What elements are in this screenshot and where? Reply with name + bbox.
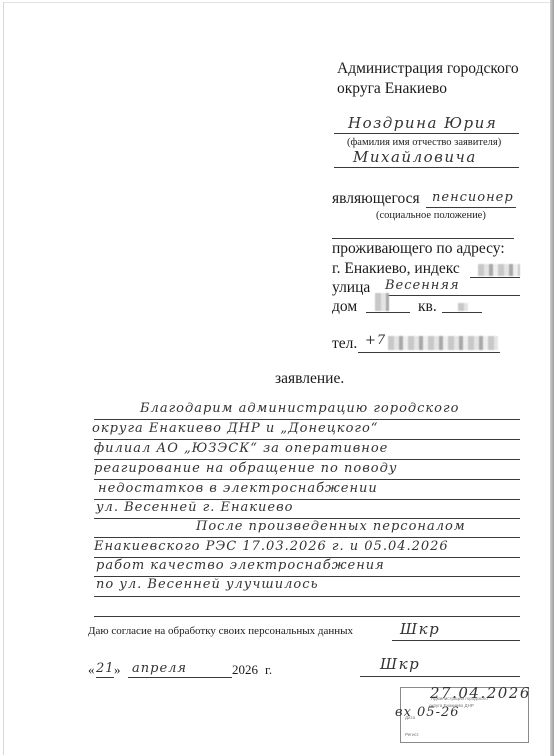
applicant-name-handwritten: Ноздрина Юрия <box>348 114 497 132</box>
body-underline-4 <box>94 479 520 480</box>
body-underline-10 <box>94 596 520 597</box>
apt-underline <box>442 312 482 313</box>
body-underline-2 <box>94 439 520 440</box>
document-title: заявление. <box>275 370 344 388</box>
date-year: 2026 <box>232 662 258 678</box>
date-month-underline <box>128 677 232 678</box>
date-open-quote: « <box>88 662 95 678</box>
street-underline <box>378 295 520 296</box>
name-caption: (фамилия имя отчество заявителя) <box>347 137 501 148</box>
body-line-5: недостатков в электроснабжении <box>98 481 378 496</box>
body-underline-11 <box>94 616 520 617</box>
body-underline-3 <box>94 459 520 460</box>
apt-redacted <box>458 303 468 311</box>
consent-label: Даю согласие на обработку своих персонал… <box>88 625 353 637</box>
date-day-handwritten: 21 <box>96 661 115 676</box>
stamp-handwritten-number: вх 05-26 <box>395 705 460 720</box>
apt-label: кв. <box>418 298 437 316</box>
address-label: проживающего по адресу: <box>332 240 505 258</box>
date-month-handwritten: апреля <box>132 661 187 676</box>
stamp-handwritten-date: 27.04.2026 <box>430 684 531 702</box>
body-line-10: по ул. Весенней улучшилось <box>96 577 319 592</box>
addressee-line-1: Администрация городского <box>337 60 519 78</box>
stamp-number-label: Регист. <box>405 732 420 737</box>
phone-redacted <box>388 336 498 350</box>
body-line-4: реагирование на обращение по поводу <box>94 461 397 476</box>
consent-signature-underline <box>392 640 520 641</box>
body-line-8: Енакиевского РЭС 17.03.2026 г. и 05.04.2… <box>94 539 449 554</box>
addressee-line-2: округа Енакиево <box>337 80 447 98</box>
status-label: являющегося <box>332 190 420 208</box>
status-caption: (социальное положение) <box>376 210 486 221</box>
body-line-6: ул. Весенней г. Енакиево <box>96 500 294 515</box>
street-label: улица <box>332 279 370 297</box>
body-underline-1 <box>94 419 520 420</box>
date-day-underline <box>96 677 114 678</box>
body-line-2: округа Енакиево ДНР и „Донецкого“ <box>92 421 378 436</box>
status-continuation-line <box>332 238 514 239</box>
street-handwritten: Весенняя <box>385 278 460 293</box>
body-line-3: филиал АО „ЮЗЭСК“ за оперативное <box>94 441 388 456</box>
date-signature: Шкр <box>380 655 420 673</box>
consent-signature: Шкр <box>400 620 440 638</box>
house-underline <box>366 312 410 313</box>
house-label: дом <box>332 298 357 316</box>
status-underline <box>426 207 516 208</box>
phone-label: тел. <box>332 335 357 353</box>
phone-underline <box>358 352 500 353</box>
date-close-quote: » <box>114 662 121 678</box>
city-label: г. Енакиево, индекс <box>332 260 460 278</box>
phone-prefix-handwritten: +7 <box>365 333 386 348</box>
status-handwritten: пенсионер <box>432 190 514 205</box>
index-underline <box>470 277 520 278</box>
date-signature-underline <box>360 676 520 677</box>
body-line-1: Благодарим администрацию городского <box>140 401 459 416</box>
page-edge-shadow <box>550 0 554 756</box>
patronymic-underline <box>334 167 519 168</box>
date-year-suffix: г. <box>265 662 272 678</box>
body-underline-7 <box>94 537 520 538</box>
body-line-7: После произведенных персоналом <box>196 519 466 534</box>
applicant-patronymic-handwritten: Михайловича <box>353 148 477 166</box>
index-redacted <box>478 264 520 276</box>
body-line-9: работ качество электроснабжения <box>96 558 385 573</box>
house-redacted <box>375 293 389 311</box>
name-underline <box>334 133 519 134</box>
